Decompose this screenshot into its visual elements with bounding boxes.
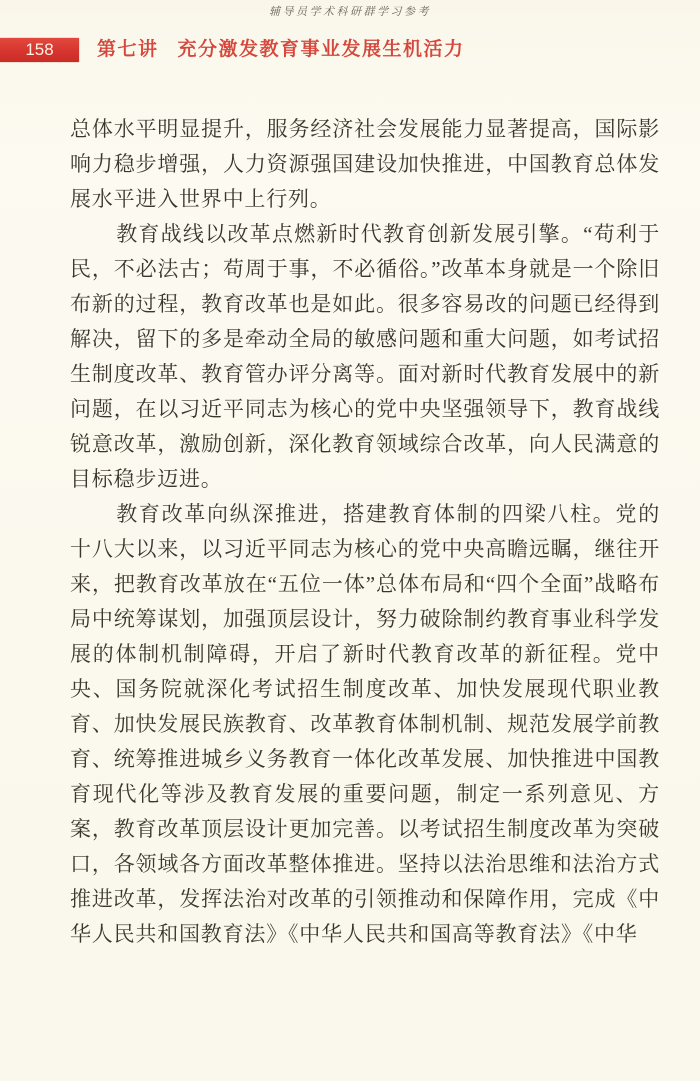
chapter-label: 第七讲 [97,39,159,60]
paragraph: 教育改革向纵深推进，搭建教育体制的四梁八柱。党的十八大以来，以习近平同志为核心的… [70,497,660,952]
chapter-title: 充分激发教育事业发展生机活力 [178,39,465,60]
page-number-badge: 158 [0,38,79,62]
chapter-heading: 第七讲充分激发教育事业发展生机活力 [97,38,465,62]
page-header: 158 第七讲充分激发教育事业发展生机活力 [0,38,700,62]
page-body: 总体水平明显提升，服务经济社会发展能力显著提高，国际影响力稳步增强，人力资源强国… [70,112,660,952]
running-head-note: 辅导员学术科研群学习参考 [0,3,700,19]
paragraph: 总体水平明显提升，服务经济社会发展能力显著提高，国际影响力稳步增强，人力资源强国… [70,112,660,217]
paragraph: 教育战线以改革点燃新时代教育创新发展引擎。“苟利于民，不必法古；苟周于事，不必循… [70,217,660,497]
